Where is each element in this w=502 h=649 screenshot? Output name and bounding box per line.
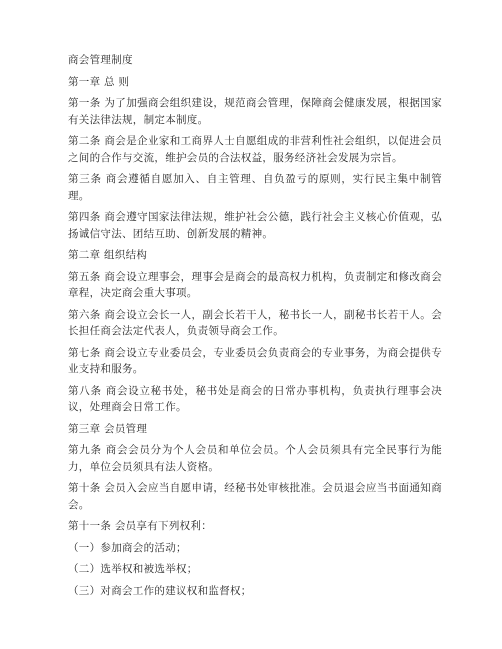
- chapter-heading: 第三章 会员管理: [68, 421, 442, 438]
- list-item: （二）选举权和被选举权；: [68, 561, 442, 578]
- list-item: （三）对商会工作的建议权和监督权；: [68, 583, 442, 600]
- article-paragraph: 第八条 商会设立秘书处，秘书处是商会的日常办事机构，负责执行理事会决议，处理商会…: [68, 383, 442, 416]
- article-paragraph: 第十一条 会员享有下列权利：: [68, 518, 442, 535]
- list-item: （一）参加商会的活动；: [68, 540, 442, 557]
- article-paragraph: 第六条 商会设立会长一人，副会长若干人，秘书长一人，副秘书长若干人。会长担任商会…: [68, 307, 442, 340]
- article-paragraph: 第七条 商会设立专业委员会，专业委员会负责商会的专业事务，为商会提供专业支持和服…: [68, 345, 442, 378]
- article-paragraph: 第一条 为了加强商会组织建设，规范商会管理，保障商会健康发展，根据国家有关法律法…: [68, 95, 442, 128]
- document-body: 商会管理制度第一章 总 则第一条 为了加强商会组织建设，规范商会管理，保障商会健…: [68, 52, 442, 599]
- document-page: 商会管理制度第一章 总 则第一条 为了加强商会组织建设，规范商会管理，保障商会健…: [0, 0, 502, 649]
- chapter-heading: 第二章 组织结构: [68, 247, 442, 264]
- article-paragraph: 第九条 商会会员分为个人会员和单位会员。个人会员须具有完全民事行为能力，单位会员…: [68, 442, 442, 475]
- article-paragraph: 第二条 商会是企业家和工商界人士自愿组成的非营利性社会组织，以促进会员之间的合作…: [68, 133, 442, 166]
- article-paragraph: 第三条 商会遵循自愿加入、自主管理、自负盈亏的原则，实行民主集中制管理。: [68, 171, 442, 204]
- article-paragraph: 第五条 商会设立理事会，理事会是商会的最高权力机构，负责制定和修改商会章程，决定…: [68, 269, 442, 302]
- article-paragraph: 第四条 商会遵守国家法律法规，维护社会公德，践行社会主义核心价值观，弘扬诚信守法…: [68, 209, 442, 242]
- document-title: 商会管理制度: [68, 52, 442, 69]
- article-paragraph: 第十条 会员入会应当自愿申请，经秘书处审核批准。会员退会应当书面通知商会。: [68, 480, 442, 513]
- chapter-heading: 第一章 总 则: [68, 74, 442, 91]
